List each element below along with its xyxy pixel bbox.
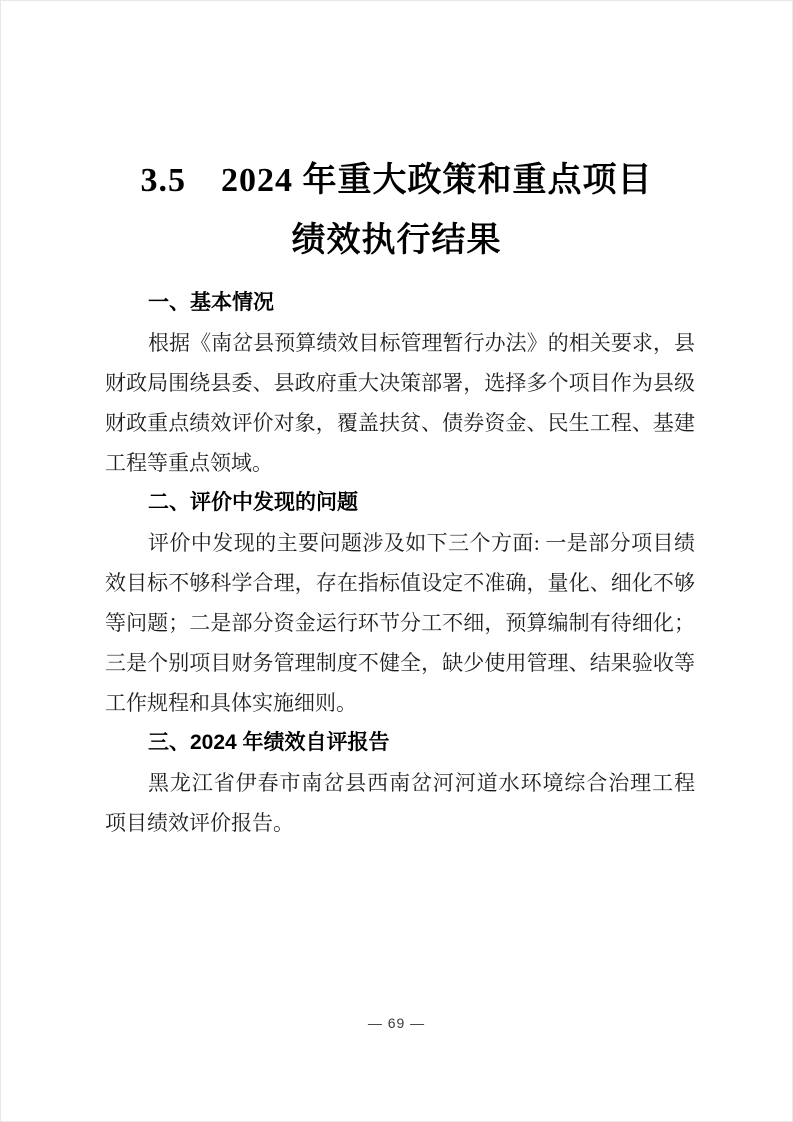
section-1-paragraph-line-3: 财政重点绩效评价对象，覆盖扶贫、债券资金、民生工程、基建 — [105, 403, 695, 443]
document-body: 一、基本情况 根据《南岔县预算绩效目标管理暂行办法》的相关要求，县 财政局围绕县… — [105, 283, 695, 843]
section-2-paragraph-line-3: 等问题；二是部分资金运行环节分工不细，预算编制有待细化； — [105, 603, 695, 643]
section-2-heading: 二、评价中发现的问题 — [105, 483, 695, 523]
section-2-paragraph-line-1: 评价中发现的主要问题涉及如下三个方面: 一是部分项目绩 — [105, 523, 695, 563]
section-3-heading: 三、2024 年绩效自评报告 — [105, 723, 695, 763]
section-2-paragraph-line-2: 效目标不够科学合理，存在指标值设定不准确，量化、细化不够 — [105, 563, 695, 603]
section-1-heading: 一、基本情况 — [105, 283, 695, 323]
page-number: — 69 — — [1, 1009, 792, 1037]
section-1-paragraph-line-1: 根据《南岔县预算绩效目标管理暂行办法》的相关要求，县 — [105, 323, 695, 363]
section-2-paragraph-line-4: 三是个别项目财务管理制度不健全，缺少使用管理、结果验收等 — [105, 643, 695, 683]
title-line-2: 绩效执行结果 — [1, 211, 792, 271]
document-page: 3.5 2024 年重大政策和重点项目 绩效执行结果 一、基本情况 根据《南岔县… — [0, 0, 793, 1122]
section-3-paragraph-line-1: 黑龙江省伊春市南岔县西南岔河河道水环境综合治理工程 — [105, 763, 695, 803]
title-line-1: 3.5 2024 年重大政策和重点项目 — [1, 151, 792, 211]
section-1-paragraph-line-2: 财政局围绕县委、县政府重大决策部署，选择多个项目作为县级 — [105, 363, 695, 403]
section-1-paragraph-line-4: 工程等重点领域。 — [105, 443, 695, 483]
section-2-paragraph-line-5: 工作规程和具体实施细则。 — [105, 683, 695, 723]
document-title: 3.5 2024 年重大政策和重点项目 绩效执行结果 — [1, 151, 792, 271]
section-3-paragraph-line-2: 项目绩效评价报告。 — [105, 803, 695, 843]
